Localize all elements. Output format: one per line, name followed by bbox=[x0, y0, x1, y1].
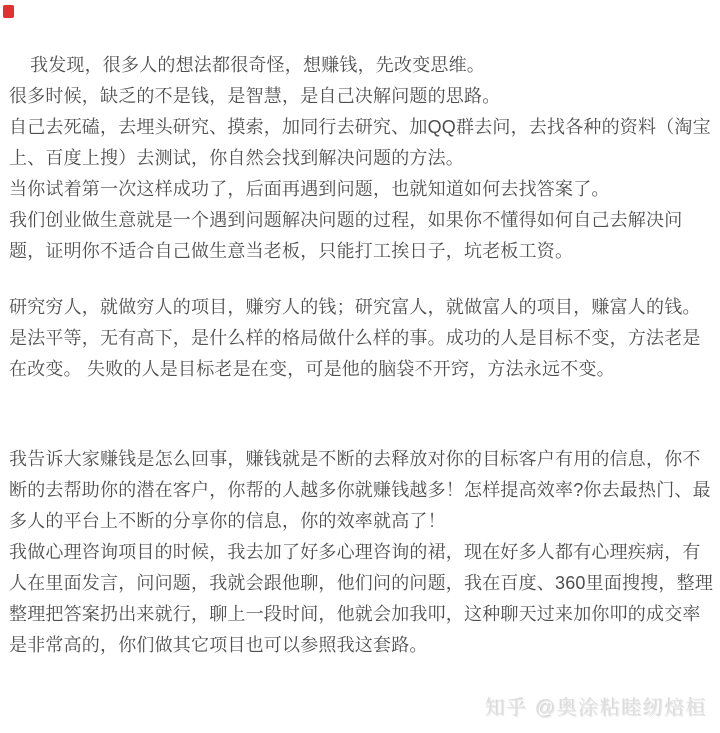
paragraph-block-2: 研究穷人，就做穷人的项目，赚穷人的钱；研究富人，就做富人的项目，赚富人的钱。 是… bbox=[9, 292, 713, 385]
text-line: 题，证明你不适合自己做生意当老板，只能打工挨日子，坑老板工资。 bbox=[9, 236, 713, 267]
text-line: 多人的平台上不断的分享你的信息，你的效率就高了！ bbox=[9, 506, 713, 537]
text-line: 是法平等，无有高下，是什么样的格局做什么样的事。成功的人是目标不变，方法老是 bbox=[9, 323, 713, 354]
paragraph-block-1: 我发现，很多人的想法都很奇怪，想赚钱，先改变思维。 很多时候，缺乏的不是钱，是智… bbox=[9, 50, 713, 267]
text-line: 我告诉大家赚钱是怎么回事，赚钱就是不断的去释放对你的目标客户有用的信息，你不 bbox=[9, 444, 713, 475]
text-line: 人在里面发言，问问题，我就会跟他聊，他们问的问题，我在百度、360里面搜搜，整理 bbox=[9, 568, 713, 599]
text-line: 当你试着第一次这样成功了，后面再遇到问题，也就知道如何去找答案了。 bbox=[9, 174, 713, 205]
text-line: 很多时候，缺乏的不是钱，是智慧，是自己决解问题的思路。 bbox=[9, 81, 713, 112]
paragraph-block-3: 我告诉大家赚钱是怎么回事，赚钱就是不断的去释放对你的目标客户有用的信息，你不 断… bbox=[9, 444, 713, 661]
text-line: 自己去死磕，去埋头研究、摸索，加同行去研究、加QQ群去问，去找各种的资料（淘宝 bbox=[9, 112, 713, 143]
text-line: 我发现，很多人的想法都很奇怪，想赚钱，先改变思维。 bbox=[9, 50, 713, 81]
text-line: 我做心理咨询项目的时候，我去加了好多心理咨询的裙，现在好多人都有心理疾病，有 bbox=[9, 537, 713, 568]
text-line: 断的去帮助你的潜在客户，你帮的人越多你就赚钱越多！怎样提高效率?你去最热门、最 bbox=[9, 475, 713, 506]
red-corner-mark bbox=[3, 5, 14, 18]
text-line: 我们创业做生意就是一个遇到问题解决问题的过程，如果你不懂得如何自己去解决问 bbox=[9, 205, 713, 236]
text-line: 研究穷人，就做穷人的项目，赚穷人的钱；研究富人，就做富人的项目，赚富人的钱。 bbox=[9, 292, 713, 323]
article-page: 我发现，很多人的想法都很奇怪，想赚钱，先改变思维。 很多时候，缺乏的不是钱，是智… bbox=[0, 0, 720, 733]
zhihu-watermark: 知乎 @奥涂粘睦纫焙桓 bbox=[486, 692, 708, 721]
text-line: 整理把答案扔出来就行，聊上一段时间，他就会加我叩，这种聊天过来加你叩的成交率 bbox=[9, 599, 713, 630]
text-line: 上、百度上搜）去测试，你自然会找到解决问题的方法。 bbox=[9, 143, 713, 174]
text-line: 是非常高的，你们做其它项目也可以参照我这套路。 bbox=[9, 630, 713, 661]
text-line: 在改变。 失败的人是目标老是在变，可是他的脑袋不开窍，方法永远不变。 bbox=[9, 354, 713, 385]
